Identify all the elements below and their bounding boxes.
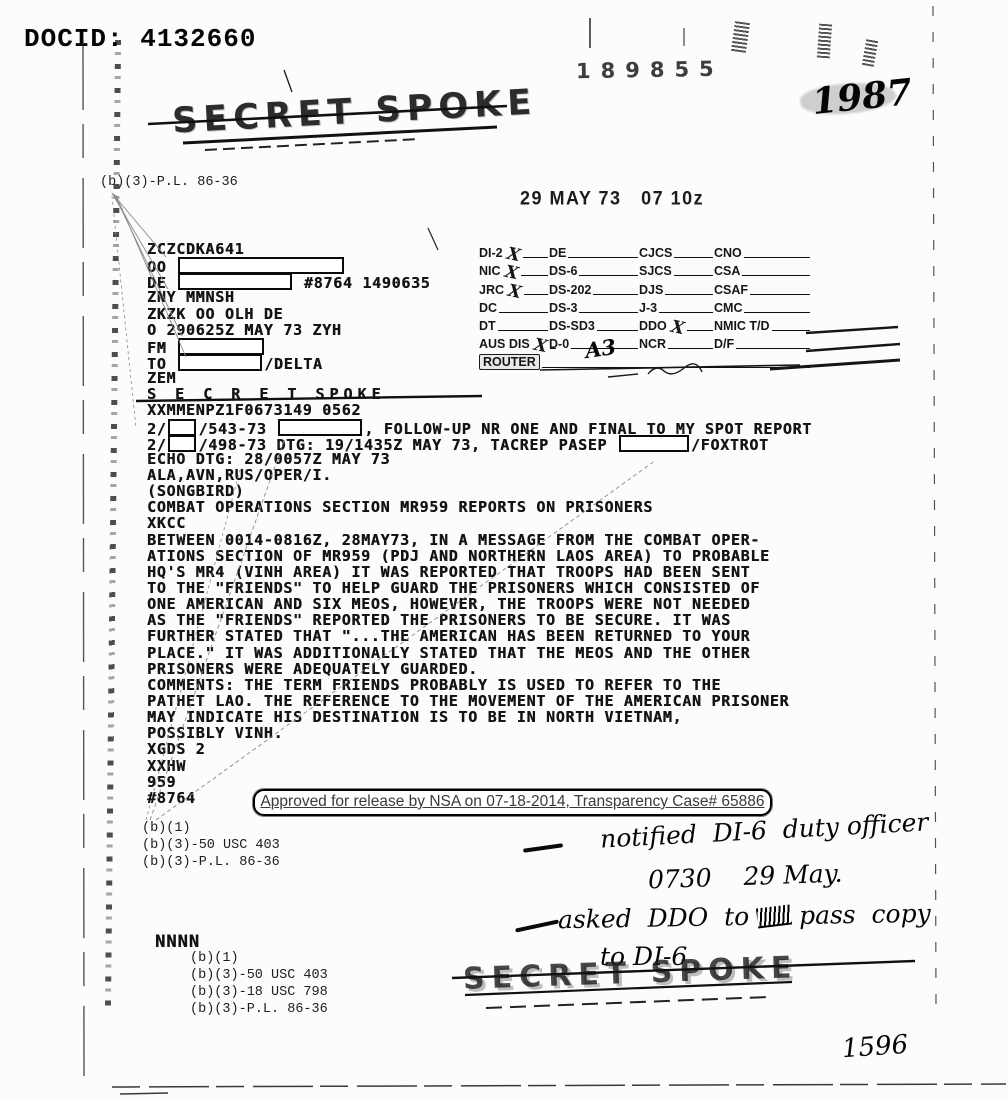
- message-line: (SONGBIRD): [147, 483, 812, 499]
- redaction-box: [168, 419, 196, 436]
- scribbled-word: [756, 904, 792, 928]
- redaction-box: [278, 419, 362, 436]
- redaction-box: [178, 338, 264, 355]
- message-terminator: NNNN: [155, 932, 200, 952]
- classification-stamp-bottom: SECRET SPOKE: [462, 950, 798, 997]
- message-line: MAY INDICATE HIS DESTINATION IS TO BE IN…: [147, 709, 812, 725]
- message-line: COMBAT OPERATIONS SECTION MR959 REPORTS …: [147, 499, 812, 515]
- redaction-box: [178, 257, 344, 274]
- note-text: asked DDO to: [558, 902, 758, 934]
- exemption-label-top: (b)(3)-P.L. 86-36: [100, 174, 238, 191]
- message-line: FURTHER STATED THAT "...THE AMERICAN HAS…: [147, 628, 812, 644]
- exemption-label: (b)(3)-18 USC 798: [190, 984, 328, 1001]
- exemption-label: (b)(1): [142, 820, 280, 837]
- exemption-label: (b)(3)-P.L. 86-36: [142, 854, 280, 871]
- message-line: ONE AMERICAN AND SIX MEOS, HOWEVER, THE …: [147, 596, 812, 612]
- message-line: FM: [147, 338, 812, 354]
- message-line: ZCZCDKA641: [147, 241, 812, 257]
- message-line: TO /DELTA: [147, 354, 812, 370]
- exemption-label: (b)(3)-P.L. 86-36: [190, 1001, 328, 1018]
- message-line: S E C R E T SPOKE: [147, 386, 812, 402]
- document-page: DOCID: 4132660 SECRET SPOKE (b)(3)-P.L. …: [0, 0, 1008, 1102]
- message-line: ZEM: [147, 370, 812, 386]
- message-line: XKCC: [147, 515, 812, 531]
- exemption-label: (b)(1): [190, 950, 328, 967]
- classification-stamp-top: SECRET SPOKE: [171, 82, 538, 141]
- handwritten-note: asked DDO to pass copy: [558, 899, 931, 935]
- handwritten-note: 0730 29 May.: [648, 859, 843, 895]
- message-line: DE #8764 1490635: [147, 273, 812, 289]
- exemption-label: (b)(3)-50 USC 403: [142, 837, 280, 854]
- faint-stamp-mark: [731, 21, 750, 53]
- exemption-list-bottom: (b)(1)(b)(3)-50 USC 403(b)(3)-18 USC 798…: [190, 950, 328, 1018]
- message-line: 959: [147, 774, 812, 790]
- redaction-box: [619, 435, 689, 452]
- message-line: XXMMENPZ1F0673149 0562: [147, 402, 812, 418]
- message-line: BETWEEN 0014-0816Z, 28MAY73, IN A MESSAG…: [147, 532, 812, 548]
- cable-message-body: ZCZCDKA641OO DE #8764 1490635ZNY MMNSHZK…: [147, 241, 812, 806]
- faint-stamp-mark: [862, 39, 878, 67]
- message-line: HQ'S MR4 (VINH AREA) IT WAS REPORTED THA…: [147, 564, 812, 580]
- message-line: PATHET LAO. THE REFERENCE TO THE MOVEMEN…: [147, 693, 812, 709]
- message-line: AS THE "FRIENDS" REPORTED THE PRISONERS …: [147, 612, 812, 628]
- message-line: COMMENTS: THE TERM FRIENDS PROBABLY IS U…: [147, 677, 812, 693]
- message-line: 2//498-73 DTG: 19/1435Z MAY 73, TACREP P…: [147, 435, 812, 451]
- message-line: ZNY MMNSH: [147, 289, 812, 305]
- handwritten-copy-number: 1596: [841, 1030, 909, 1065]
- message-line: PRISONERS WERE ADEQUATELY GUARDED.: [147, 661, 812, 677]
- message-line: OO: [147, 257, 812, 273]
- message-line: ALA,AVN,RUS/OPER/I.: [147, 467, 812, 483]
- message-line: XGDS 2: [147, 741, 812, 757]
- message-line: 2//543-73 , FOLLOW-UP NR ONE AND FINAL T…: [147, 419, 812, 435]
- message-line: POSSIBLY VINH.: [147, 725, 812, 741]
- docid-header: DOCID: 4132660: [24, 24, 256, 54]
- serial-number-stamp: 189855: [576, 57, 724, 84]
- message-line: ATIONS SECTION OF MR959 (PDJ AND NORTHER…: [147, 548, 812, 564]
- message-line: TO THE "FRIENDS" TO HELP GUARD THE PRISO…: [147, 580, 812, 596]
- handwritten-dash: [523, 843, 563, 852]
- message-line: PLACE." IT WAS ADDITIONALLY STATED THAT …: [147, 645, 812, 661]
- message-line: ZKZK OO OLH DE: [147, 306, 812, 322]
- note-text: pass copy: [791, 899, 931, 930]
- message-line: XXHW: [147, 758, 812, 774]
- handwritten-year: 1987: [810, 71, 914, 123]
- redaction-box: [178, 354, 262, 371]
- release-banner: Approved for release by NSA on 07-18-201…: [253, 789, 772, 816]
- date-time-stamp: 29 MAY 73 07 10z: [520, 187, 704, 210]
- handwritten-dash: [515, 919, 559, 932]
- faint-stamp-mark: [817, 24, 832, 59]
- exemption-list-middle: (b)(1)(b)(3)-50 USC 403(b)(3)-P.L. 86-36: [142, 820, 280, 871]
- exemption-label: (b)(3)-50 USC 403: [190, 967, 328, 984]
- message-line: O 290625Z MAY 73 ZYH: [147, 322, 812, 338]
